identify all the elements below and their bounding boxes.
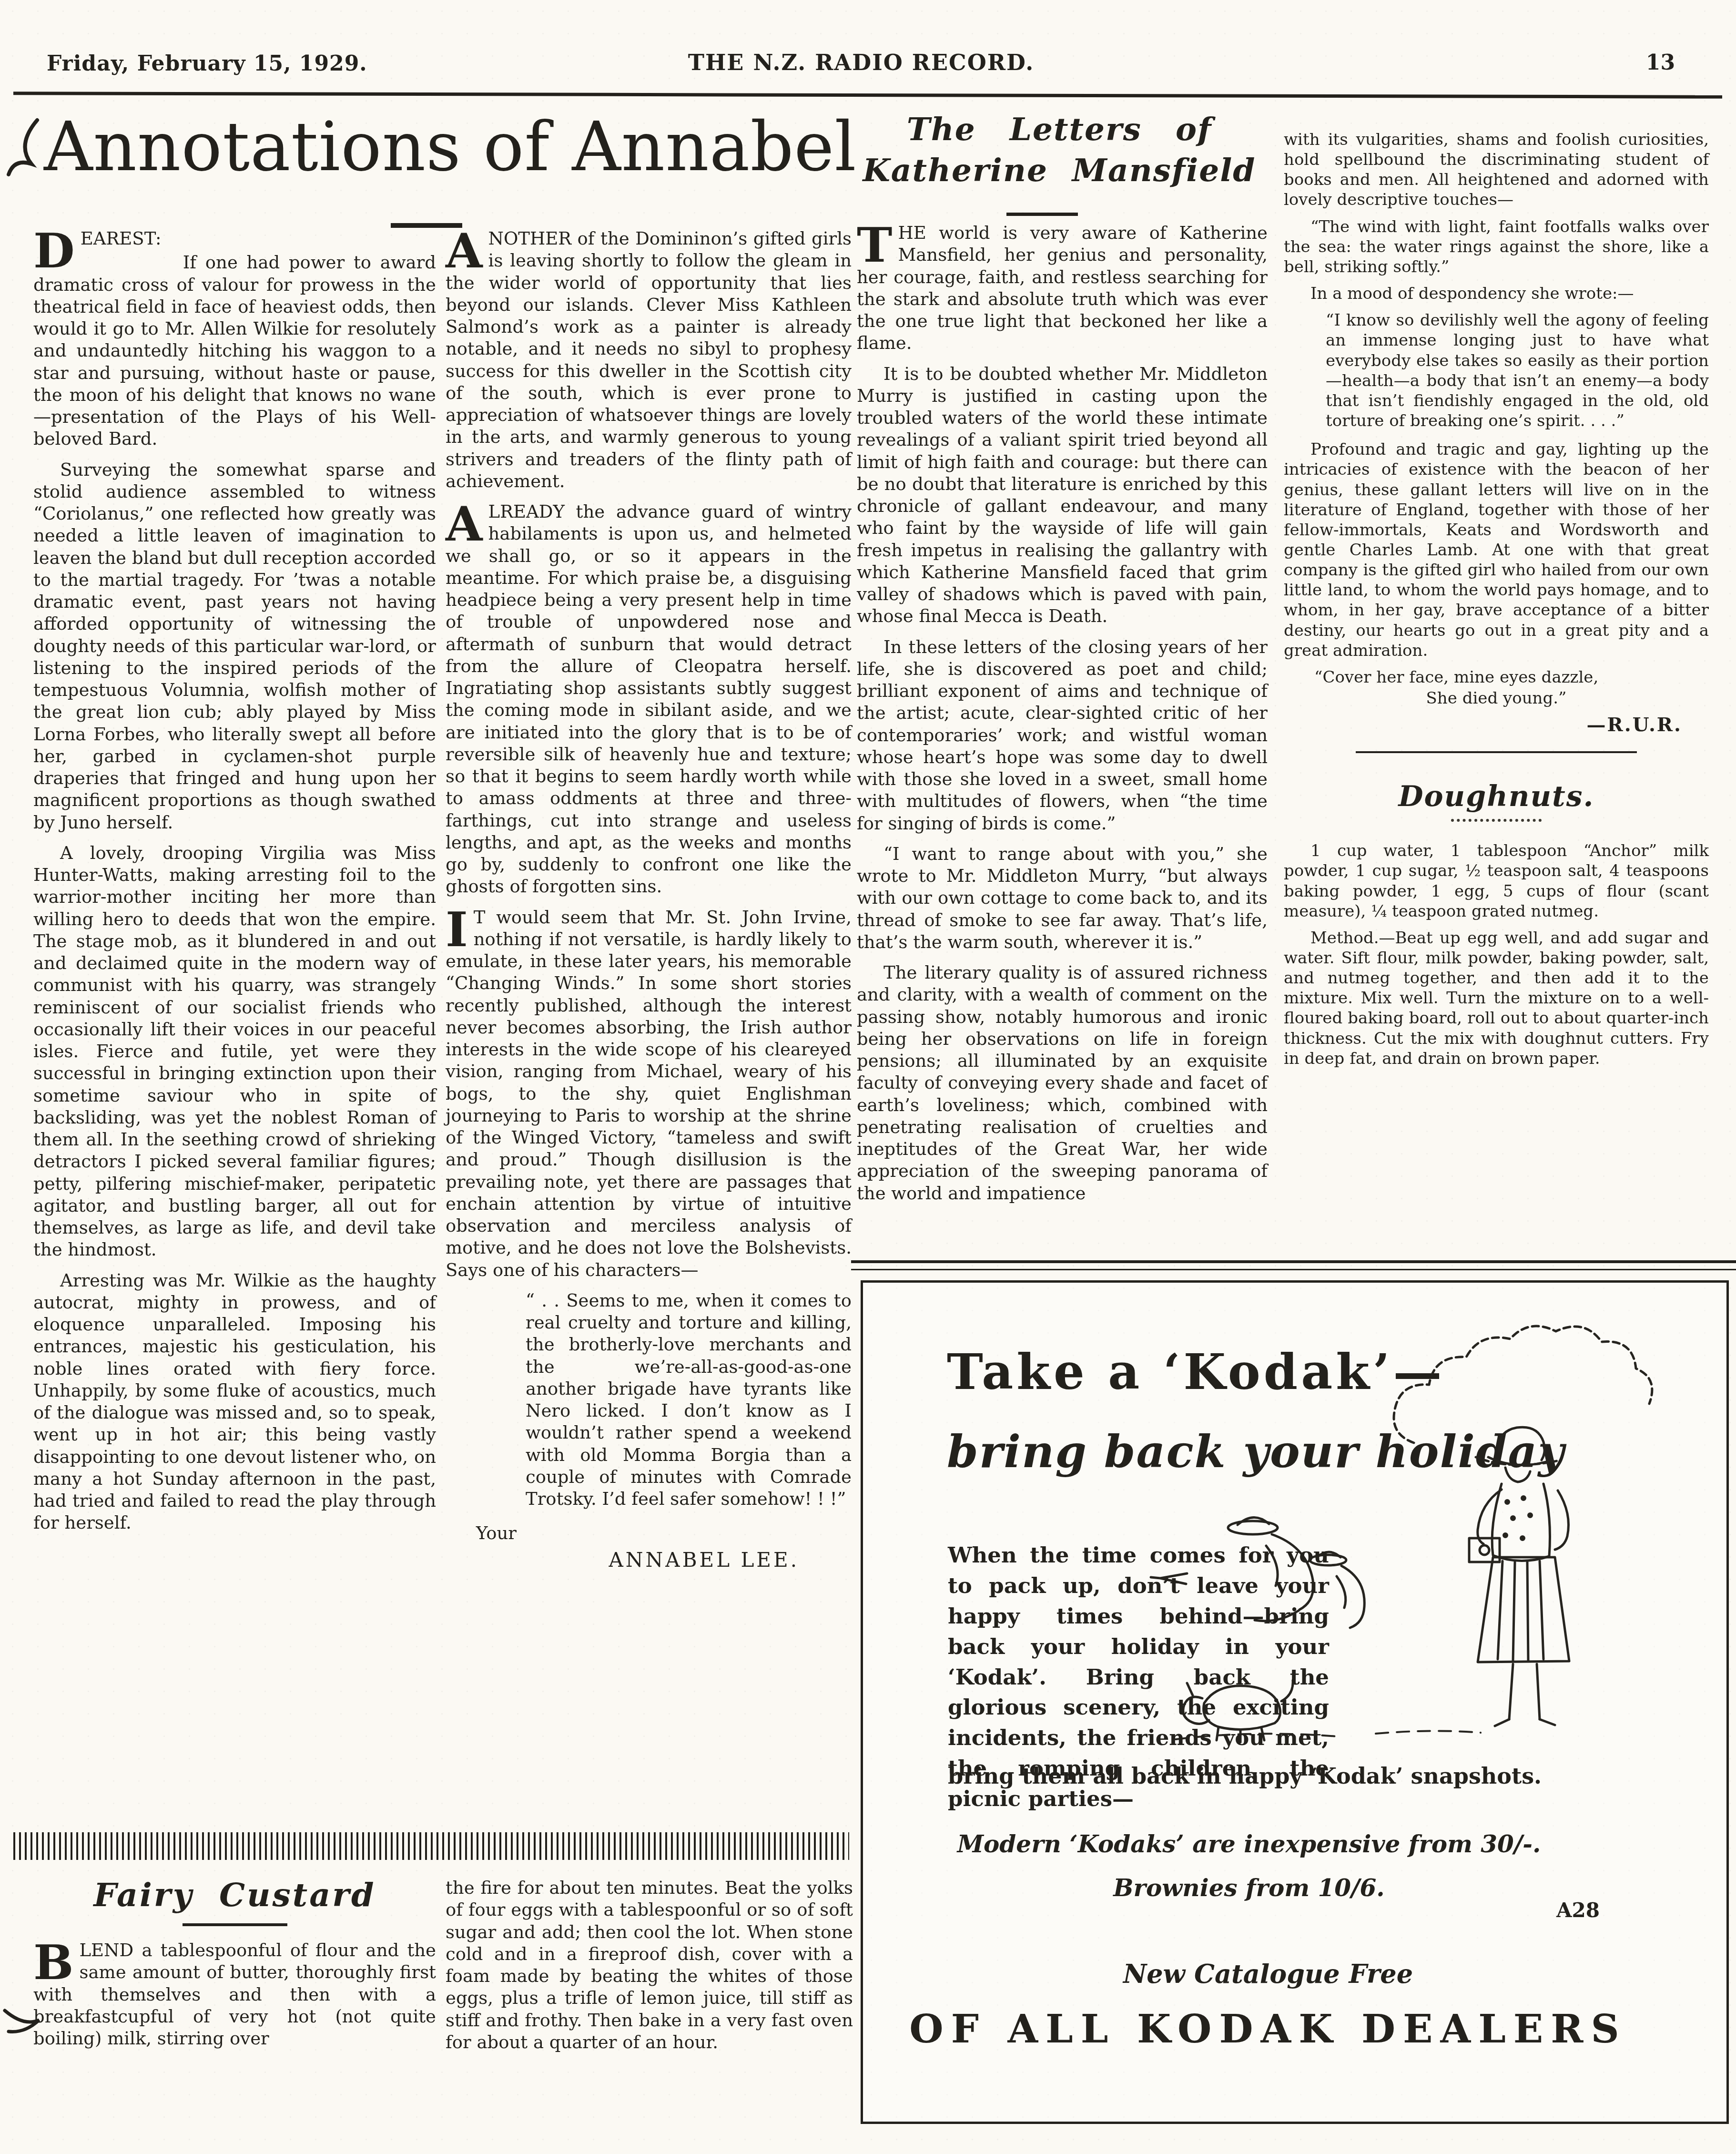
- advert-top-rule: [851, 1260, 1736, 1270]
- newspaper-page: Friday, February 15, 1929. THE N.Z. RADI…: [0, 0, 1736, 2154]
- verse-line: She died young.”: [1284, 688, 1709, 708]
- drop-cap: A: [446, 501, 488, 544]
- paragraph: In a mood of despondency she wrote:—: [1284, 284, 1709, 304]
- kodak-catalogue-line: New Catalogue Free: [863, 1959, 1673, 1989]
- mansfield-title-line2: Katherine Mansfield: [854, 152, 1265, 189]
- drop-cap: T: [857, 222, 898, 265]
- quoted-passage: “The wind with light, faint footfalls wa…: [1284, 217, 1709, 277]
- annabel-column-2: ANOTHER of the Domininon’s gifted girls …: [446, 228, 852, 1581]
- ingredients: 1 cup water, 1 tablespoon “Anchor” milk …: [1284, 841, 1709, 921]
- paragraph: with its vulgarities, shams and foolish …: [1284, 130, 1709, 210]
- paragraph: “I want to range about with you,” she wr…: [857, 843, 1268, 953]
- paragraph: It is to be doubted whether Mr. Middleto…: [857, 363, 1268, 628]
- letter-quote: “I know so devilishly well the agony of …: [1326, 310, 1709, 431]
- fairy-custard-column-2: the fire for about ten minutes. Beat the…: [446, 1877, 853, 2062]
- paragraph: BLEND a tablespoonful of flour and the s…: [33, 1940, 436, 2050]
- fairy-custard-title-divider: [183, 1923, 287, 1926]
- paragraph: A lovely, drooping Virgilia was Miss Hun…: [33, 842, 436, 1261]
- mansfield-title-line1: The Letters of: [854, 111, 1265, 148]
- letter-closing: Your: [476, 1522, 852, 1544]
- fairy-custard-column-1: Fairy Custard BLEND a tablespoonful of f…: [33, 1875, 436, 2058]
- paragraph-text: HE world is very aware of Katherine Mans…: [857, 223, 1268, 353]
- drop-cap: B: [33, 1940, 80, 1982]
- section-rule: [1356, 751, 1637, 753]
- pen-mark: [6, 117, 47, 198]
- paragraph: ALREADY the advance guard of wintry habi…: [446, 501, 852, 898]
- drop-cap: I: [446, 907, 474, 949]
- doughnuts-title-divider: [1451, 819, 1542, 822]
- paragraph-text: LEND a tablespoonful of flour and the sa…: [33, 1940, 436, 2049]
- method: Method.—Beat up egg well, and add sugar …: [1284, 928, 1709, 1069]
- paragraph: The literary quality is of assured richn…: [857, 962, 1268, 1205]
- mansfield-article-title: The Letters of Katherine Mansfield: [854, 111, 1265, 189]
- mansfield-signature: —R.U.R.: [1284, 713, 1682, 737]
- paragraph: In these letters of the closing years of…: [857, 636, 1268, 835]
- paragraph: the fire for about ten minutes. Beat the…: [446, 1877, 853, 2053]
- kodak-dealers-line: OF ALL KODAK DEALERS: [863, 2006, 1673, 2052]
- kodak-ad-tagline: bring them all back in happy ‘Kodak’ sna…: [948, 1763, 1548, 1789]
- paragraph: THE world is very aware of Katherine Man…: [857, 222, 1268, 355]
- annabel-article-title: Annotations of Annabel: [44, 108, 863, 186]
- paragraph: IT would seem that Mr. St. John Irvine, …: [446, 907, 852, 1281]
- paragraph: Profound and tragic and gay, lighting up…: [1284, 439, 1709, 661]
- paragraph-text: NOTHER of the Domininon’s gifted girls i…: [446, 228, 852, 491]
- page-number: 13: [1646, 51, 1675, 75]
- hatched-divider: [13, 1832, 849, 1860]
- paragraph-text: LREADY the advance guard of wintry habil…: [446, 501, 852, 897]
- paragraph-text: T would seem that Mr. St. John Irvine, n…: [446, 907, 852, 1280]
- woman-with-camera: [1469, 1427, 1569, 1726]
- paragraph: Arresting was Mr. Wilkie as the haughty …: [33, 1270, 436, 1534]
- annabel-signature: ANNABEL LEE.: [446, 1548, 799, 1573]
- cloud-icon: [1394, 1326, 1652, 1443]
- mansfield-title-divider: [1006, 213, 1078, 216]
- mansfield-column-1: THE world is very aware of Katherine Man…: [857, 222, 1268, 1213]
- fairy-custard-title: Fairy Custard: [33, 1875, 436, 1916]
- header-rule: [13, 92, 1722, 99]
- advert-code: A28: [1556, 1899, 1600, 1922]
- drop-cap: D: [33, 228, 81, 271]
- annabel-column-1: DEAREST: If one had power to award drama…: [33, 228, 436, 1543]
- salutation: DEAREST:: [33, 228, 436, 250]
- kodak-price-line: Modern ‘Kodaks’ are inexpensive from 30/…: [863, 1830, 1635, 1858]
- issue-date: Friday, February 15, 1929.: [47, 51, 367, 76]
- doughnuts-title: Doughnuts.: [1284, 779, 1709, 814]
- mansfield-column-2: with its vulgarities, shams and foolish …: [1284, 130, 1709, 1075]
- drop-cap: A: [446, 228, 488, 271]
- character-quote: “ . . Seems to me, when it comes to real…: [526, 1290, 852, 1511]
- paragraph: ANOTHER of the Domininon’s gifted girls …: [446, 228, 852, 492]
- kodak-price-line: Brownies from 10/6.: [863, 1874, 1635, 1902]
- paragraph: If one had power to award dramatic cross…: [33, 252, 436, 450]
- doughnuts-recipe: Doughnuts. 1 cup water, 1 tablespoon “An…: [1284, 779, 1709, 1069]
- paragraph: Surveying the somewhat sparse and stolid…: [33, 459, 436, 834]
- kodak-advertisement: Take a ‘Kodak’— bring back your holiday: [861, 1280, 1729, 2124]
- publication-title: THE N.Z. RADIO RECORD.: [688, 50, 1035, 75]
- salutation-text: EAREST:: [81, 228, 162, 249]
- verse-line: “Cover her face, mine eyes dazzle,: [1314, 667, 1709, 687]
